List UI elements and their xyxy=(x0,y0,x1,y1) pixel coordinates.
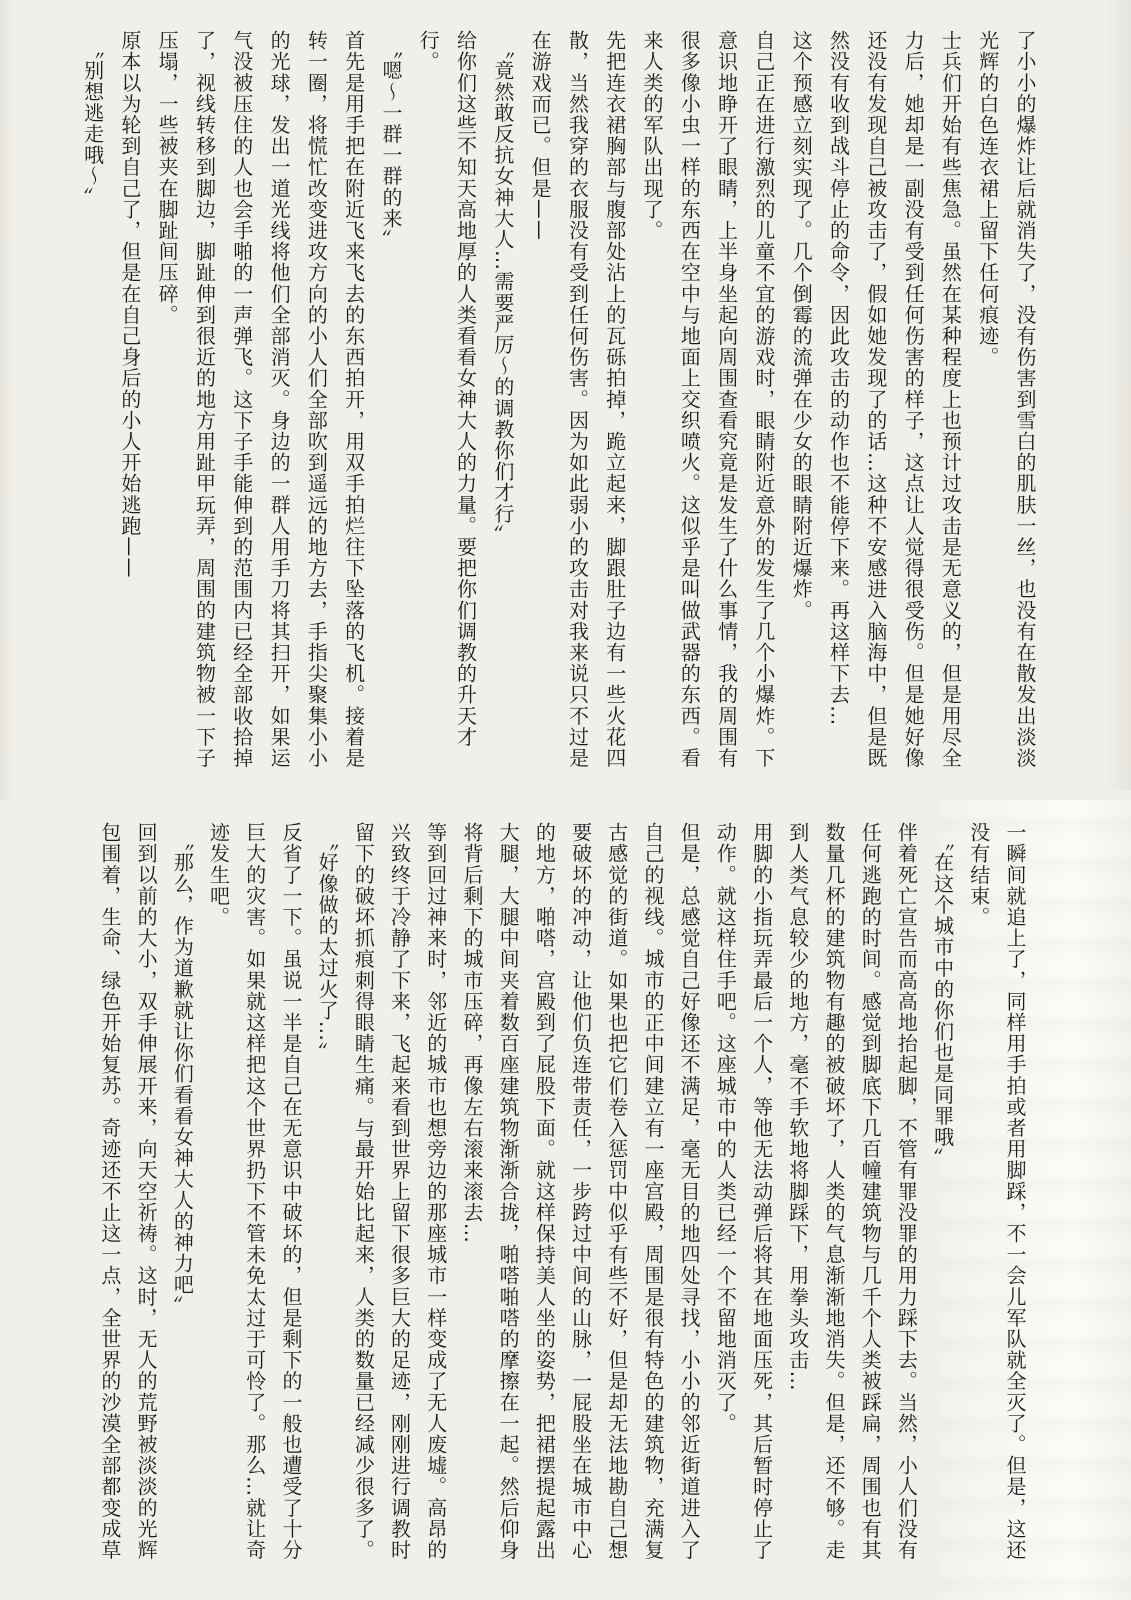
text-column: 兴致终于冷静了下来，飞起来看到世界上留下很多巨大的足迹，刚刚进行调教时 xyxy=(381,822,417,1578)
text-column: 回到以前的大小，双手伸展开来，向天空祈祷。这时，无人的荒野被淡淡的光辉 xyxy=(128,822,164,1578)
text-column: 压塌，一些被夹在脚趾间压碎。 xyxy=(148,30,185,778)
text-column: 气没被压住的人也会手啪的一声弹飞。这下子手能伸到的范围内已经全部收拾掉 xyxy=(222,30,259,778)
dialogue-column: 〝别想逃走哦～〟 xyxy=(73,30,110,778)
text-column: 首先是用手把在附近飞来飞去的东西拍开，用双手拍烂往下坠落的飞机。接着是 xyxy=(334,30,371,778)
text-column: 包围着，生命、绿色开始复苏。奇迹还不止这一点，全世界的沙漠全部都变成草 xyxy=(92,822,128,1578)
text-column: 散，当然我穿的衣服没有受到任何伤害。因为如此弱小的攻击对我来说只不过是 xyxy=(558,30,595,778)
text-column: 但是，总感觉自己好像还不满足，毫无目的地四处寻找，小小的邻近街道进入了 xyxy=(671,822,707,1578)
text-column: 了小小的爆炸让后就消失了，没有伤害到雪白的肌肤一丝，也没有在散发出淡淡 xyxy=(1006,30,1043,778)
dialogue-column: 〝竟然敢反抗女神大人…需要严厉～的调教你们才行〟 xyxy=(484,30,521,778)
text-column: 任何逃跑的时间。感觉到脚底下几百幢建筑物与几千个人类被踩扁，周围也有其 xyxy=(852,822,888,1578)
text-column: 先把连衣裙胸部与腹部处沾上的瓦砾拍掉，跪立起来，脚跟肚子边有一些火花四 xyxy=(595,30,632,778)
text-column: 来人类的军队出现了。 xyxy=(633,30,670,778)
text-column: 留下的破坏抓痕刺得眼睛生痛。与最开始比起来，人类的数量已经减少很多了。 xyxy=(345,822,381,1578)
text-column: 然没有收到战斗停止的命令，因此攻击的动作也不能停下来。再这样下去… xyxy=(819,30,856,778)
text-column: 的光球，发出一道光线将他们全部消灭。身边的一群人用手刀将其扫开，如果运 xyxy=(260,30,297,778)
text-column: 没有结束。 xyxy=(961,822,997,1578)
text-column: 意识地睁开了眼睛，上半身坐起向周围查看究竟是发生了什么事情，我的周围有 xyxy=(707,30,744,778)
text-column: 给你们这些不知天高地厚的人类看看女神大人的力量。要把你们调教的升天才 xyxy=(446,30,483,778)
text-column: 伴着死亡宣告而高高地抬起脚，不管有罪没罪的用力踩下去。当然，小人们没有 xyxy=(888,822,924,1578)
text-column: 古感觉的街道。如果也把它们卷入惩罚中似乎有些不好，但是却无法地勘自己想 xyxy=(599,822,635,1578)
text-column: 反省了一下。虽说一半是自己在无意识中破坏的，但是剩下的一般也遭受了十分 xyxy=(273,822,309,1578)
text-column: 在游戏而已。但是—— xyxy=(521,30,558,778)
text-column: 自己的视线。城市的正中间建立有一座宫殿，周围是很有特色的建筑物，充满复 xyxy=(635,822,671,1578)
text-column: 迹发生吧。 xyxy=(200,822,236,1578)
text-column: 等到回过神来时，邻近的城市也想旁边的那座城市一样变成了无人废墟。高昂的 xyxy=(418,822,454,1578)
text-column: 士兵们开始有些焦急。虽然在某种程度上也预计过攻击是无意义的，但是用尽全 xyxy=(931,30,968,778)
text-column: 用脚的小指玩弄最后一个人，等他无法动弹后将其在地面压死，其后暂时停止了 xyxy=(743,822,779,1578)
novel-page-scan: 了小小的爆炸让后就消失了，没有伤害到雪白的肌肤一丝，也没有在散发出淡淡 光辉的白… xyxy=(0,0,1131,1600)
text-column: 这个预感立刻实现了。几个倒霉的流弹在少女的眼睛附近爆炸。 xyxy=(782,30,819,778)
text-column: 原本以为轮到自己了，但是在自己身后的小人开始逃跑—— xyxy=(111,30,148,778)
scan-shading-top-right xyxy=(1105,0,1131,790)
text-column: 的地方，啪嗒，宫殿到了屁股下面。就这样保持美人坐的姿势，把裙摆提起露出 xyxy=(526,822,562,1578)
text-column: 将背后剩下的城市压碎，再像左右滚来滚去… xyxy=(454,822,490,1578)
dialogue-column: 〝那么，作为道歉就让你们看看女神大人的神力吧〟 xyxy=(164,822,200,1578)
text-column: 光辉的白色连衣裙上留下任何痕迹。 xyxy=(968,30,1005,778)
text-column: 要破坏的冲动，让他们负连带责任，一步跨过中间的山脉，一屁股坐在城市中心 xyxy=(562,822,598,1578)
scan-shading-left xyxy=(0,0,14,800)
text-column: 一瞬间就追上了，同样用手拍或者用脚踩，不一会儿军队就全灭了。但是，这还 xyxy=(997,822,1033,1578)
dialogue-column: 〝嗯～一群一群的来〟 xyxy=(372,30,409,778)
text-column: 了，视线转移到脚边，脚趾伸到很近的地方用趾甲玩弄，周围的建筑物被一下子 xyxy=(185,30,222,778)
text-column: 行。 xyxy=(409,30,446,778)
text-column: 大腿，大腿中间夹着数百座建筑物渐渐合拢，啪嗒啪嗒的摩擦在一起。然后仰身 xyxy=(490,822,526,1578)
text-column: 到人类气息较少的地方，毫不手软地将脚踩下，用拳头攻击… xyxy=(780,822,816,1578)
top-text-block: 了小小的爆炸让后就消失了，没有伤害到雪白的肌肤一丝，也没有在散发出淡淡 光辉的白… xyxy=(73,30,1043,778)
text-column: 动作。就这样住手吧。这座城市中的人类已经一个不留地消灭了。 xyxy=(707,822,743,1578)
bottom-text-block: 一瞬间就追上了，同样用手拍或者用脚踩，不一会儿军队就全灭了。但是，这还 没有结束… xyxy=(92,822,1033,1578)
text-column: 巨大的灾害。如果就这样把这个世界扔下不管未免太过于可怜了。那么…就让奇 xyxy=(237,822,273,1578)
text-column: 数量几杯的建筑物有趣的被破坏了，人类的气息渐渐地消失。但是，还不够。走 xyxy=(816,822,852,1578)
text-column: 还没有发现自己被攻击了，假如她发现了的话…这种不安感进入脑海中，但是既 xyxy=(857,30,894,778)
text-column: 转一圈，将慌忙改变进攻方向的小人们全部吹到遥远的地方去，手指尖聚集小小 xyxy=(297,30,334,778)
text-column: 自己正在进行激烈的儿童不宜的游戏时，眼睛附近意外的发生了几个小爆炸。下 xyxy=(745,30,782,778)
text-column: 很多像小虫一样的东西在空中与地面上交织喷火。这似乎是叫做武器的东西。看 xyxy=(670,30,707,778)
text-column: 力后，她却是一副没有受到任何伤害的样子，这点让人觉得很受伤。但是她好像 xyxy=(894,30,931,778)
dialogue-column: 〝好像做的太过火了…〟 xyxy=(309,822,345,1578)
dialogue-column: 〝在这个城市中的你们也是同罪哦〟 xyxy=(924,822,960,1578)
